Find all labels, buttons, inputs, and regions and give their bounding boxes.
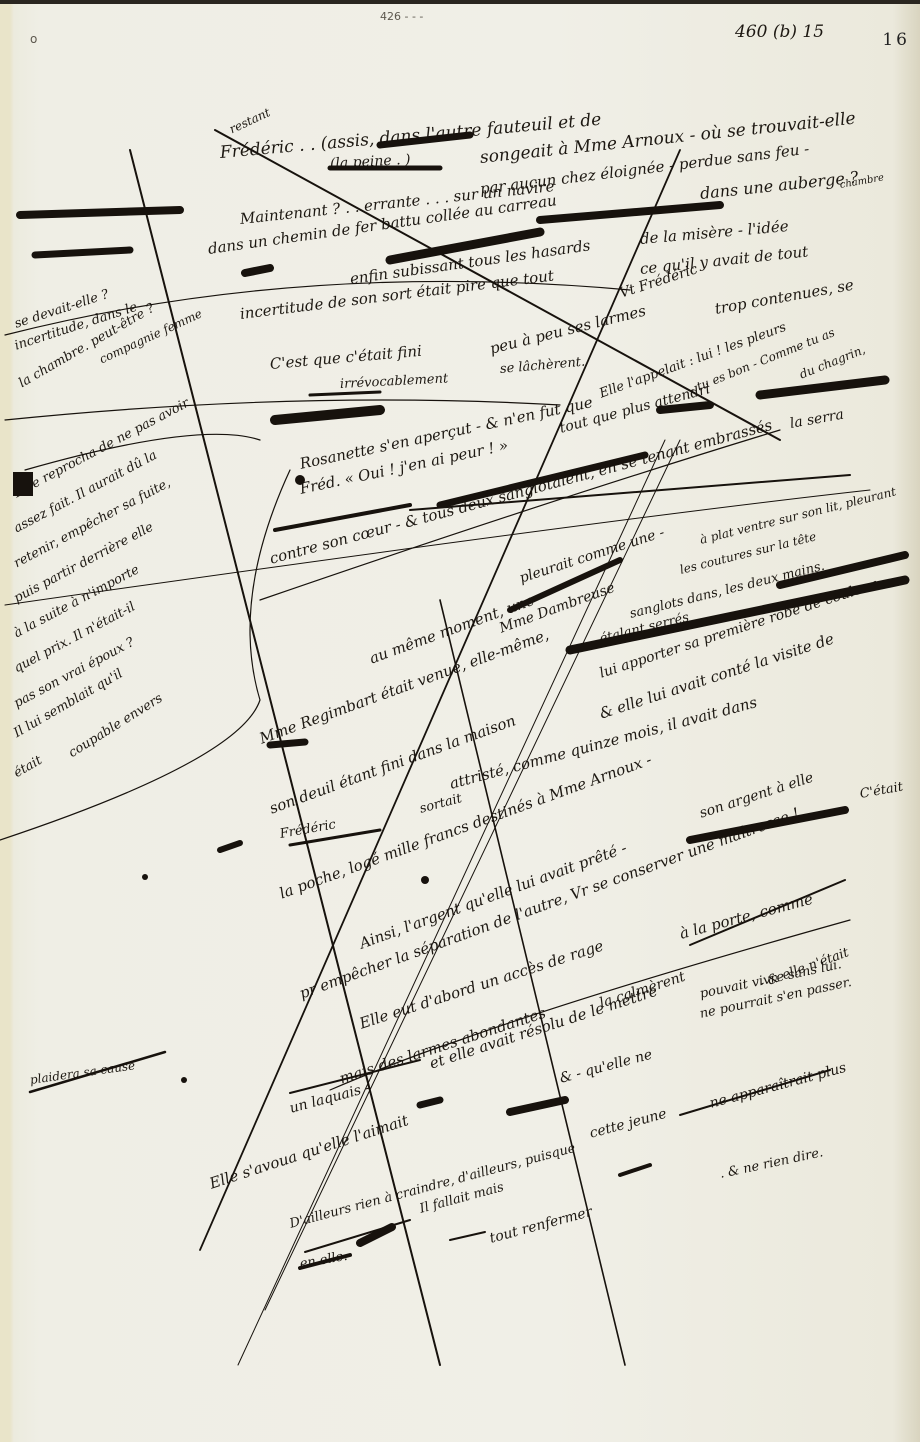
bracket-curve-4 (0, 470, 290, 840)
bracket-curve-3 (25, 434, 260, 470)
cancel-line-diagonal-3 (200, 150, 680, 1250)
cancel-line-vertical (440, 600, 625, 1365)
bracket-curve-1 (5, 281, 630, 335)
cancel-line-thin-1 (238, 440, 665, 1365)
cancel-line-thin-2 (265, 440, 680, 1310)
cancel-line-diagonal-2 (215, 130, 780, 440)
manuscript-page: 426 - - - o 460 (b) 15 16 restantFrédéri… (0, 0, 920, 1442)
cancel-line-diagonal-1 (130, 150, 440, 1365)
strike-overlay (0, 0, 920, 1442)
bracket-curve-7 (330, 920, 850, 1090)
ink-blot (13, 472, 33, 496)
